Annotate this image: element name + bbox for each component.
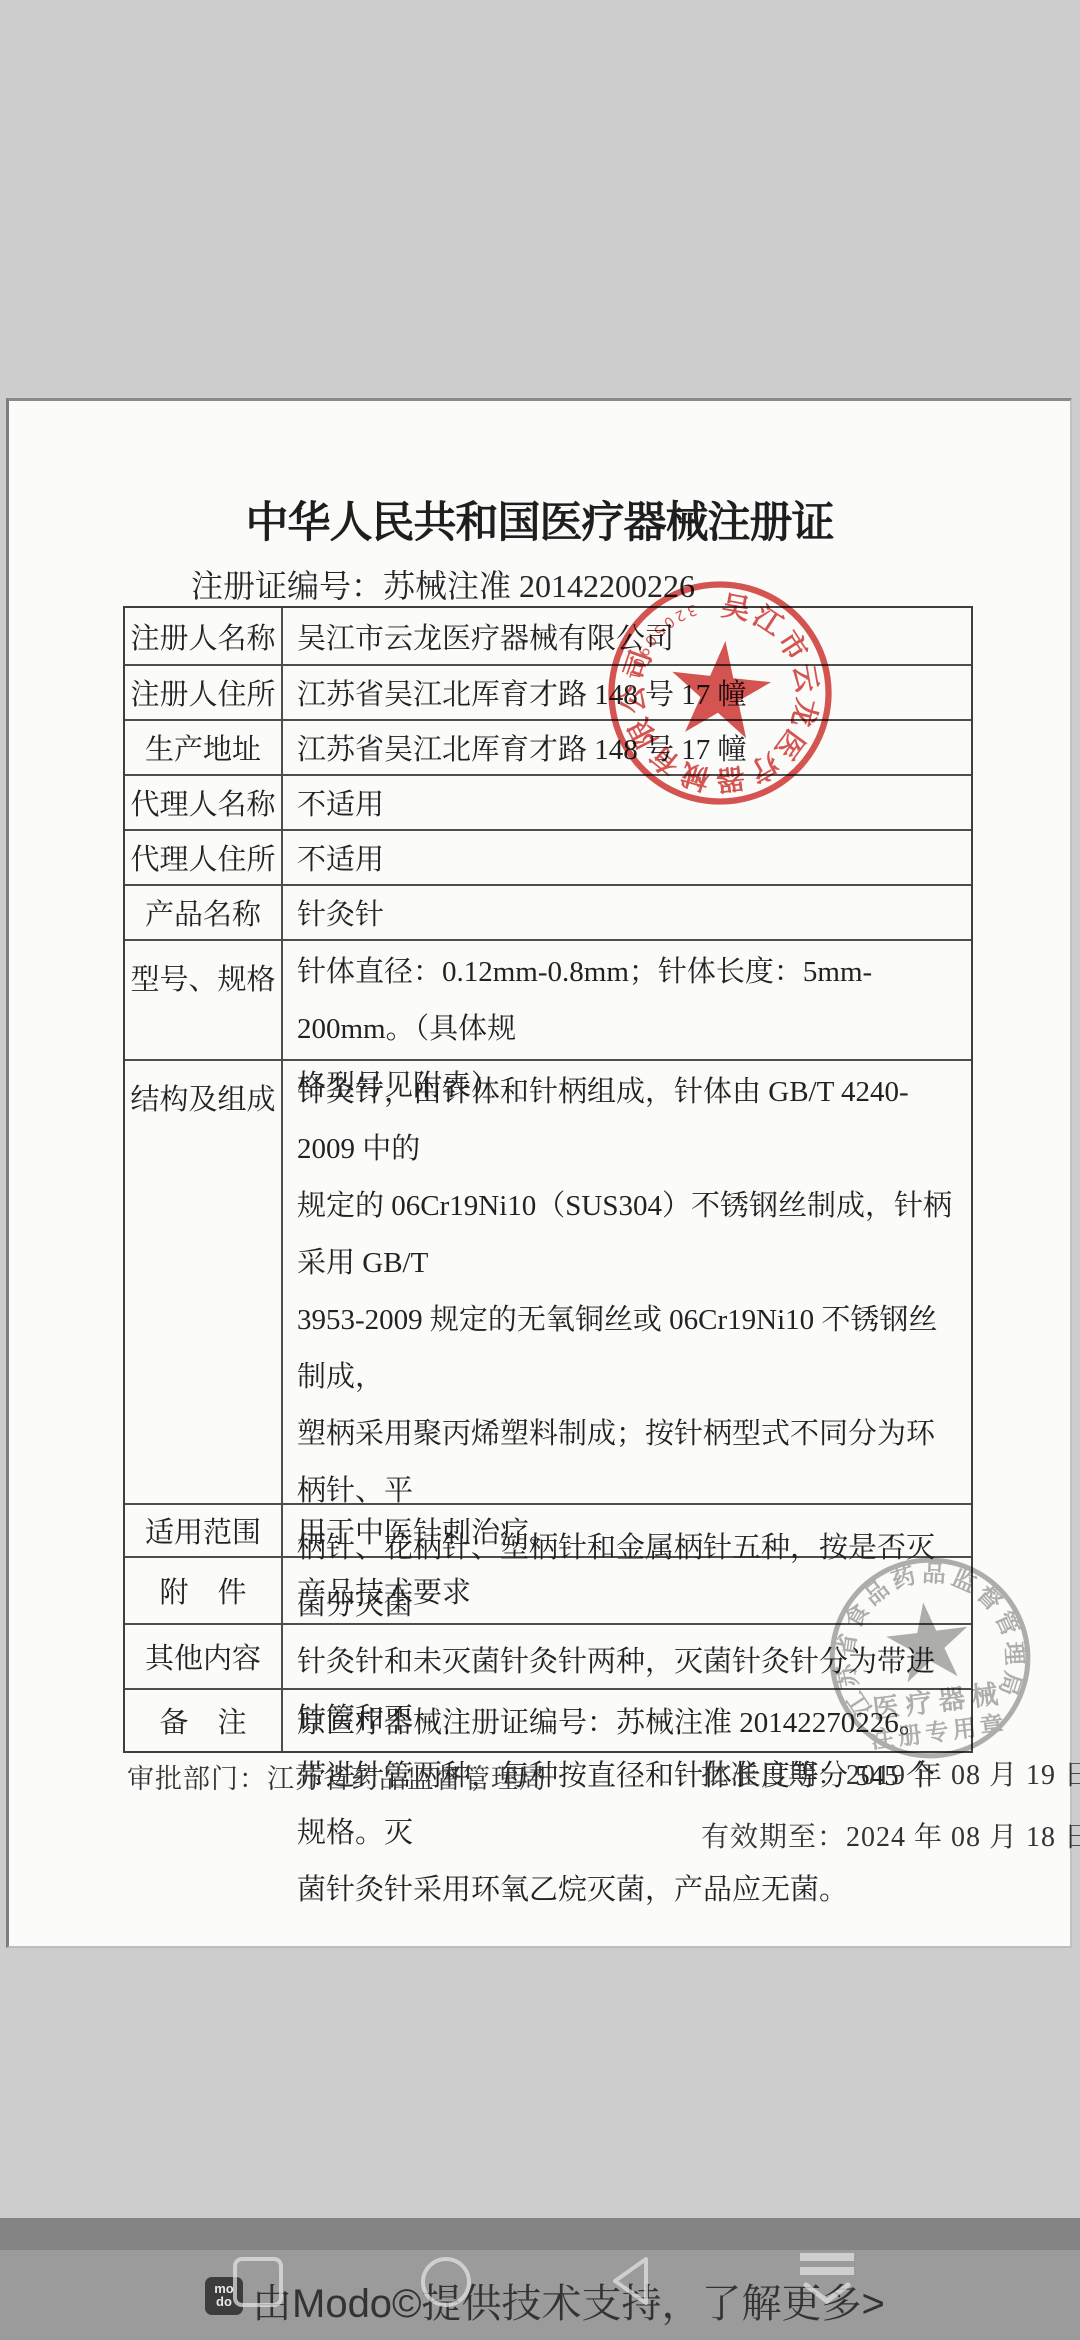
row-value: 产品技术要求 — [283, 1558, 971, 1623]
table-row: 注册人住所 江苏省吴江北厍育才路 148 号 17 幢 — [125, 664, 971, 719]
nav-collapse-bar — [800, 2253, 854, 2261]
screen: 中华人民共和国医疗器械注册证 注册证编号：苏械注准 20142200226 注册… — [0, 0, 1080, 2340]
approval-date: 批准日期：2019 年 08 月 19 日 — [701, 1753, 1080, 1793]
table-row: 注册人名称 吴江市云龙医疗器械有限公司 — [125, 608, 971, 664]
nav-collapse-bar — [800, 2267, 854, 2275]
table-row: 代理人名称 不适用 — [125, 774, 971, 829]
certificate-number-label: 注册证编号： — [191, 568, 383, 604]
row-value: 吴江市云龙医疗器械有限公司 — [283, 608, 971, 664]
row-value: 针灸针，由针体和针柄组成，针体由 GB/T 4240-2009 中的 规定的 0… — [283, 1061, 971, 1503]
row-value: 不适用 — [283, 776, 971, 829]
certificate-page: 中华人民共和国医疗器械注册证 注册证编号：苏械注准 20142200226 注册… — [6, 398, 1072, 1948]
row-value: 针体直径：0.12mm-0.8mm；针体长度：5mm-200mm。（具体规 格型… — [283, 941, 971, 1059]
row-label: 适用范围 — [125, 1505, 283, 1556]
row-label: 注册人名称 — [125, 608, 283, 664]
page-bottom-shadow — [0, 2218, 1080, 2250]
certificate-title: 中华人民共和国医疗器械注册证 — [9, 489, 1070, 550]
row-label: 附 件 — [125, 1558, 283, 1623]
approval-department: 审批部门：江苏省药品监督管理局 — [127, 1757, 547, 1796]
row-label: 其他内容 — [125, 1625, 283, 1688]
table-row: 代理人住所 不适用 — [125, 829, 971, 884]
table-row: 其他内容 — [125, 1623, 971, 1688]
table-row: 结构及组成 针灸针，由针体和针柄组成，针体由 GB/T 4240-2009 中的… — [125, 1059, 971, 1503]
row-value: 不适用 — [283, 831, 971, 884]
certificate-number-line: 注册证编号：苏械注准 20142200226 — [191, 561, 695, 607]
table-row: 生产地址 江苏省吴江北厍育才路 148 号 17 幢 — [125, 719, 971, 774]
certificate-number-value: 苏械注准 20142200226 — [383, 568, 695, 604]
row-label: 产品名称 — [125, 886, 283, 939]
table-row: 备 注 原医疗器械注册证编号：苏械注准 20142270226。 — [125, 1688, 971, 1751]
row-label: 结构及组成 — [125, 1061, 283, 1503]
valid-until-date: 有效期至：2024 年 08 月 18 日 — [701, 1815, 1080, 1855]
row-label: 注册人住所 — [125, 666, 283, 719]
modo-attribution-link[interactable]: 由Modo©提供技术支持，了解更多> — [252, 2272, 885, 2329]
modo-logo-text-bottom: do — [216, 2294, 232, 2309]
nav-back-icon[interactable] — [606, 2254, 656, 2308]
row-value: 针灸针 — [283, 886, 971, 939]
row-label: 生产地址 — [125, 721, 283, 774]
table-row: 适用范围 用于中医针刺治疗。 — [125, 1503, 971, 1556]
row-label: 代理人名称 — [125, 776, 283, 829]
row-label: 型号、规格 — [125, 941, 283, 1059]
row-label: 备 注 — [125, 1690, 283, 1751]
row-value — [283, 1625, 971, 1688]
nav-collapse-icon[interactable] — [800, 2253, 854, 2312]
table-row: 产品名称 针灸针 — [125, 884, 971, 939]
table-row: 附 件 产品技术要求 — [125, 1556, 971, 1623]
row-value: 原医疗器械注册证编号：苏械注准 20142270226。 — [283, 1690, 971, 1751]
row-value: 用于中医针刺治疗。 — [283, 1505, 971, 1556]
registration-table: 注册人名称 吴江市云龙医疗器械有限公司 注册人住所 江苏省吴江北厍育才路 148… — [123, 606, 973, 1753]
nav-recents-icon[interactable] — [233, 2257, 283, 2307]
nav-home-icon[interactable] — [421, 2257, 471, 2307]
row-label: 代理人住所 — [125, 831, 283, 884]
row-value: 江苏省吴江北厍育才路 148 号 17 幢 — [283, 666, 971, 719]
row-value: 江苏省吴江北厍育才路 148 号 17 幢 — [283, 721, 971, 774]
chevron-down-icon — [800, 2281, 854, 2307]
table-row: 型号、规格 针体直径：0.12mm-0.8mm；针体长度：5mm-200mm。（… — [125, 939, 971, 1059]
